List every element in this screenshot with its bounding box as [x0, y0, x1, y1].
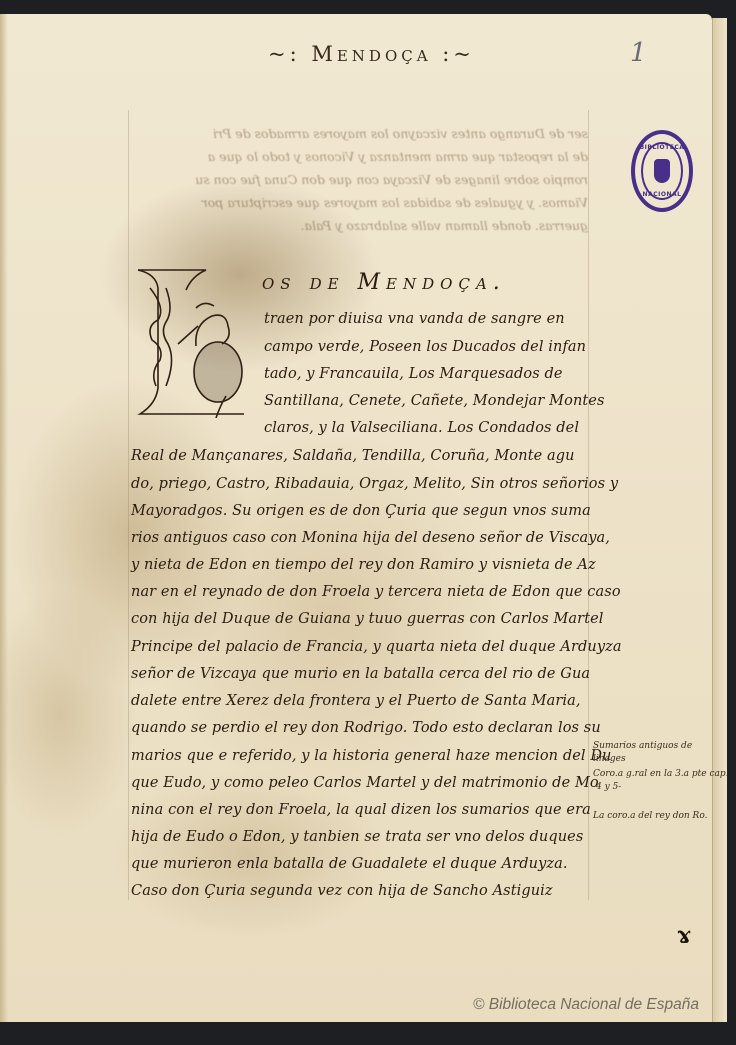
bleed-line: ser de Durango antes vizcayno los mayore… — [128, 122, 588, 145]
bleed-line: Viamos. y yguales de sabidas los mayores… — [128, 191, 588, 214]
text-line: hija de Eudo o Edon, y tanbien se trata … — [131, 829, 583, 845]
text-line: do, priego, Castro, Ribadauia, Orgaz, Me… — [131, 476, 618, 492]
bleed-line: rompio sobre linages de Vizcaya con que … — [128, 168, 588, 191]
text-line: señor de Vizcaya que murio en la batalla… — [131, 666, 590, 682]
marginal-note: Sumarios antiguos de — [593, 740, 723, 753]
text-line: nina con el rey don Froela, la qual dize… — [131, 802, 591, 818]
text-line: nar en el reynado de don Froela y tercer… — [131, 584, 621, 600]
running-header: ~: Mendoça :~ — [268, 42, 475, 66]
crown-crest-icon — [654, 159, 670, 183]
text-line: tado, y Francauila, Los Marquesados de — [264, 366, 563, 382]
text-line: rios antiguos caso con Monina hija del d… — [131, 530, 610, 546]
decorated-initial-l-icon — [136, 268, 248, 418]
text-line: Mayoradgos. Su origen es de don Çuria qu… — [131, 503, 591, 519]
bleed-through-text: ser de Durango antes vizcayno los mayore… — [128, 122, 588, 237]
text-line: dalete entre Xerez dela frontera y el Pu… — [131, 693, 581, 709]
catchword-mark: ɤ — [677, 922, 691, 948]
bleed-line: guerras. donde llaman valle salabrazo y … — [128, 214, 588, 237]
marginal-note: linages — [593, 753, 723, 766]
text-line: Santillana, Cenete, Cañete, Mondejar Mon… — [264, 393, 605, 409]
library-stamp: BIBLIOTECA NACIONAL — [631, 130, 693, 212]
text-line: marios que e referido, y la historia gen… — [131, 748, 612, 764]
text-line: que murieron enla batalla de Guadalete e… — [131, 856, 568, 872]
marginal-note: Coro.a g.ral en la 3.a pte cap. — [593, 768, 723, 781]
page-left-edge — [0, 14, 8, 1022]
marginal-note: -4 y 5- — [593, 781, 723, 794]
text-line: claros, y la Valseciliana. Los Condados … — [264, 420, 579, 436]
section-heading: os de Mendoça. — [262, 270, 506, 295]
text-line: Principe del palacio de Francia, y quart… — [131, 639, 622, 655]
text-line: Caso don Çuria segunda vez con hija de S… — [131, 883, 553, 899]
copyright-watermark: © Biblioteca Nacional de España — [473, 996, 699, 1014]
marginal-note: La coro.a del rey don Ro. — [593, 810, 723, 823]
stamp-top-text: BIBLIOTECA — [635, 144, 689, 151]
folio-number: 1 — [630, 38, 647, 68]
text-line: traen por diuisa vna vanda de sangre en — [264, 311, 565, 327]
page-fold-edge — [712, 18, 727, 1022]
text-line: campo verde, Poseen los Ducados del infa… — [264, 339, 586, 355]
text-line: Real de Mançanares, Saldaña, Tendilla, C… — [131, 448, 575, 464]
text-line: que Eudo, y como peleo Carlos Martel y d… — [131, 775, 599, 791]
bleed-line: de la repostar que arma mentanza y Vicon… — [128, 145, 588, 168]
stamp-bottom-text: NACIONAL — [635, 191, 689, 198]
text-line: con hija del Duque de Guiana y tuuo guer… — [131, 611, 604, 627]
marginal-notes: Sumarios antiguos de linages Coro.a g.ra… — [593, 740, 723, 823]
text-line: y nieta de Edon en tiempo del rey don Ra… — [131, 557, 596, 573]
text-line: quando se perdio el rey don Rodrigo. Tod… — [131, 720, 601, 736]
